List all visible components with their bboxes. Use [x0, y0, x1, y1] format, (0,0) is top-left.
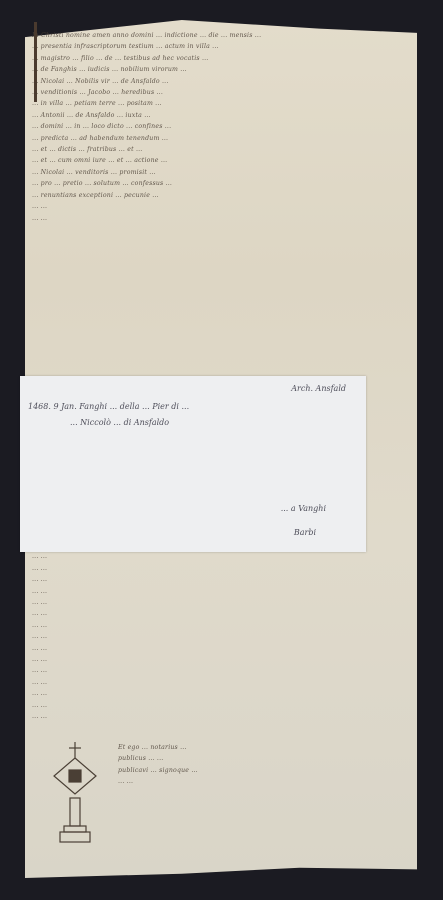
notary-signum-icon: [40, 740, 110, 850]
manuscript-text-top: In Christi nomine amen anno domini ... i…: [32, 30, 429, 224]
notary-subscription: Et ego ... notarius ... publicus ... ...…: [118, 742, 429, 788]
manuscript-text-middle: ... aliqua ... ... ... ... ... ... ... .…: [32, 540, 429, 723]
archival-note-slip: Arch. Ansfald 1468. 9 Jan. Fanghi ... de…: [20, 376, 366, 552]
